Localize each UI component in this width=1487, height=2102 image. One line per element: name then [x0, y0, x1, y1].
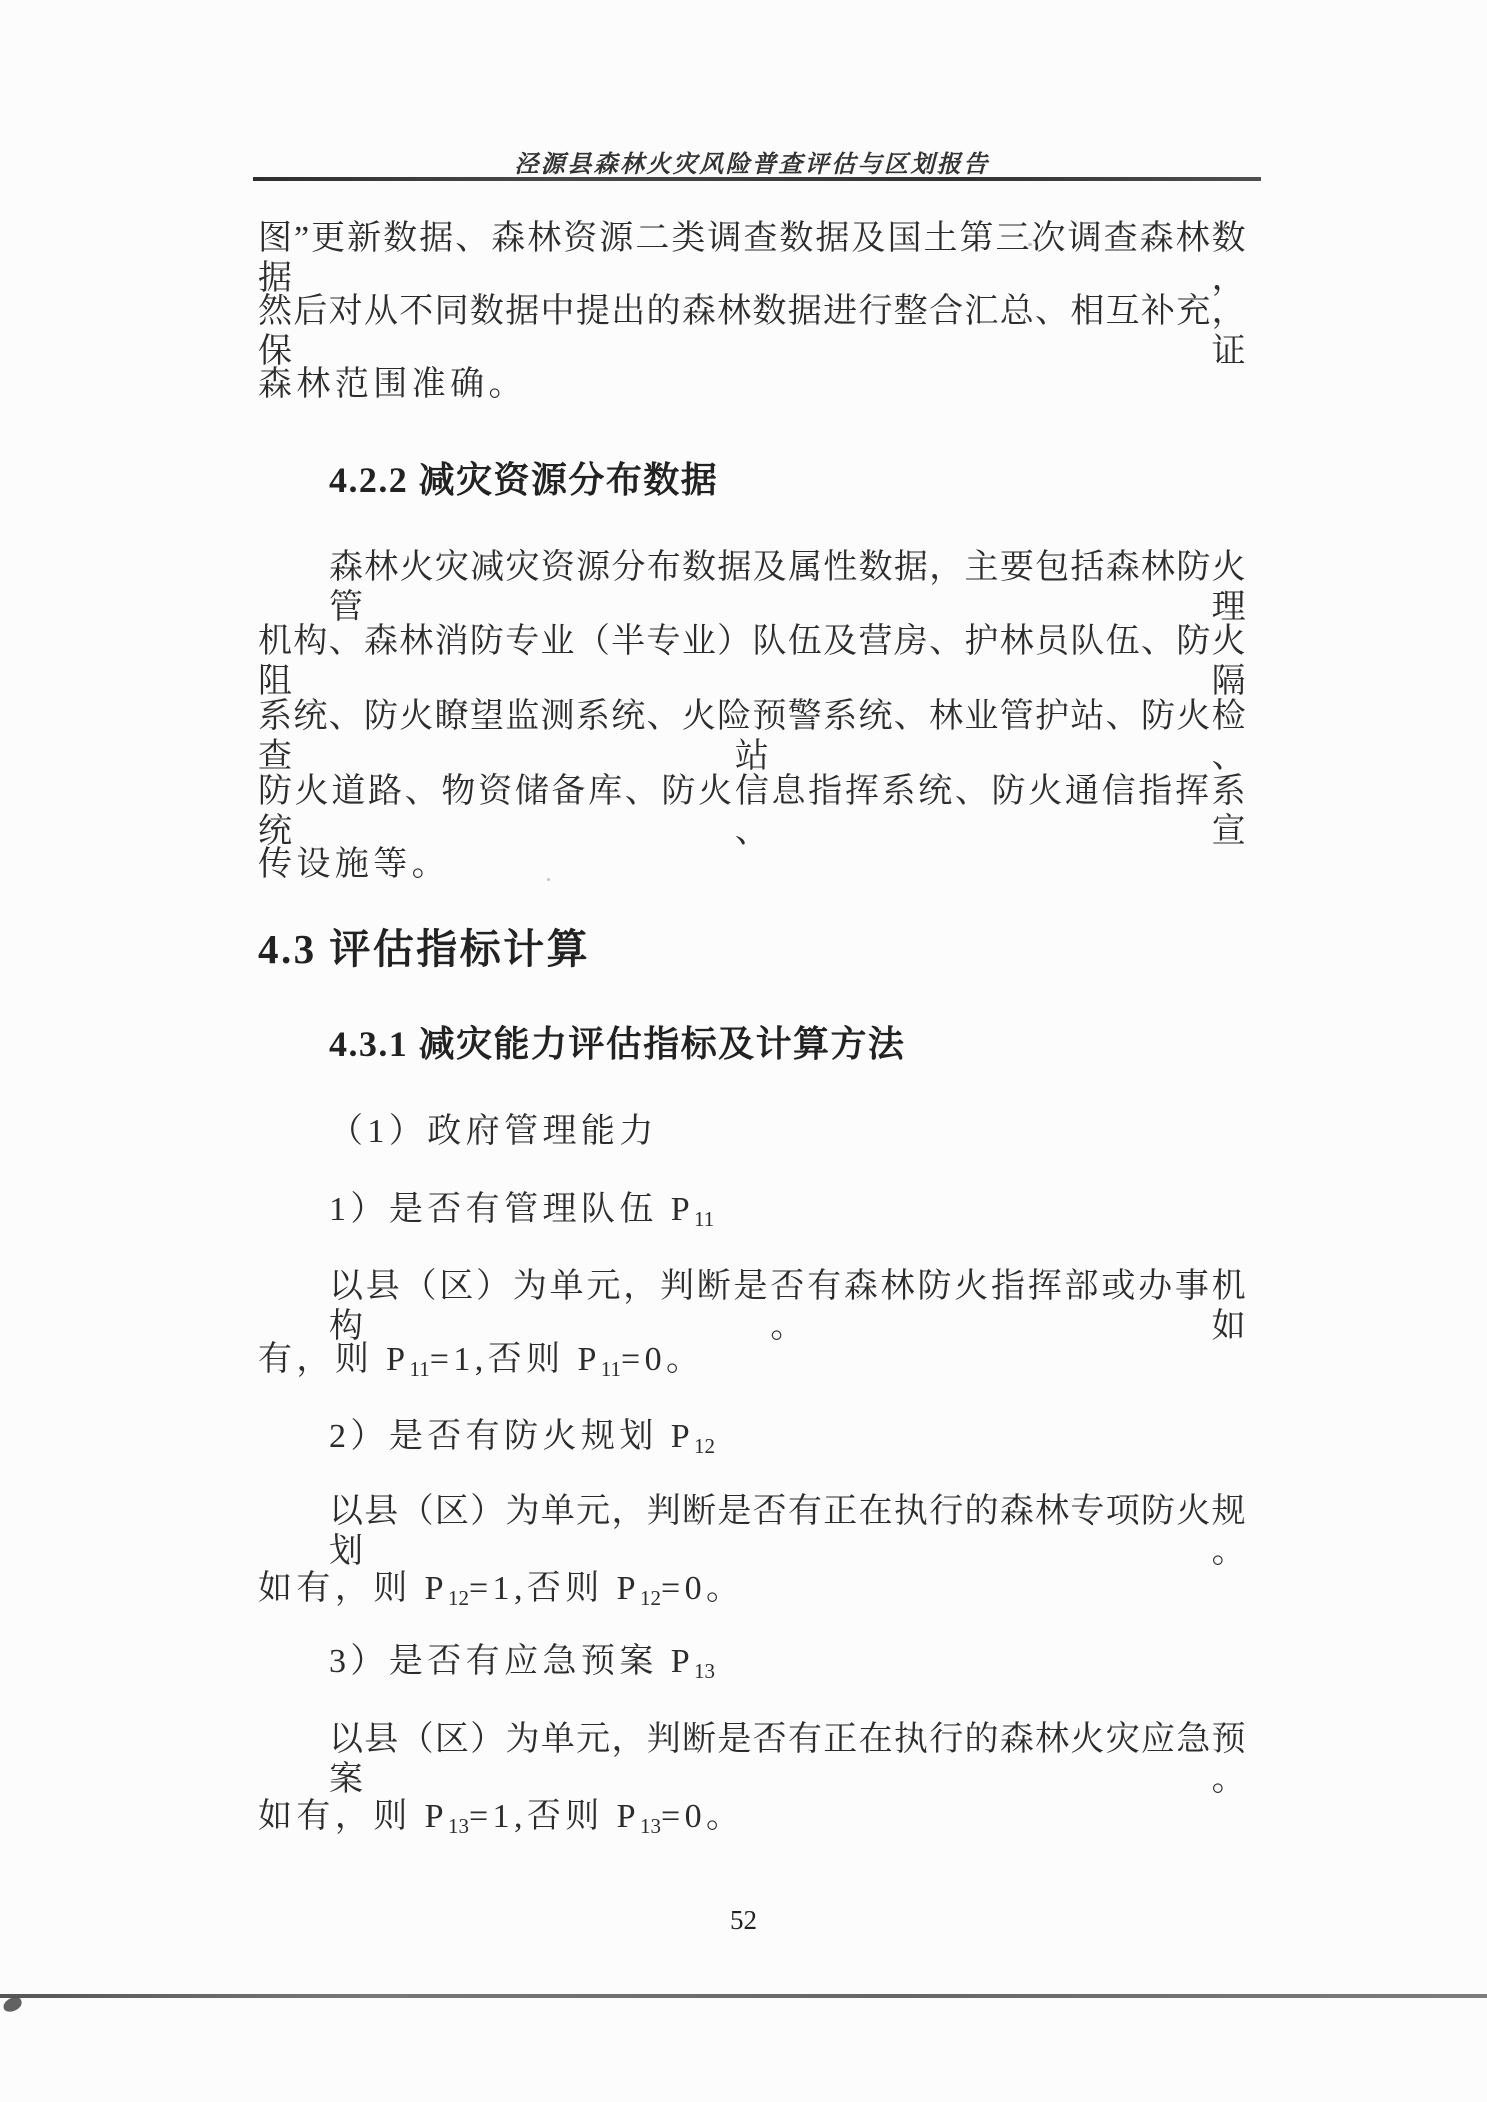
- scan-speck: [1028, 243, 1032, 246]
- para-line: 森林范围准确。: [258, 365, 527, 405]
- list-item: （1）政府管理能力: [329, 1112, 658, 1152]
- para-line: 防火道路、物资储备库、防火信息指挥系统、防火通信指挥系统、宣: [258, 772, 1246, 852]
- footer-rule: [0, 1994, 1487, 1998]
- para-line: 有，则 P11=1,否则 P11=0。: [258, 1340, 704, 1380]
- list-item: 3）是否有应急预案 P13: [329, 1642, 715, 1682]
- para-line: 系统、防火瞭望监测系统、火险预警系统、林业管护站、防火检查站、: [258, 697, 1246, 777]
- heading-4-2-2: 4.2.2 减灾资源分布数据: [329, 459, 718, 501]
- page-number: 52: [0, 1905, 1487, 1936]
- scan-artifact-mark: [1, 1995, 23, 2013]
- list-item: 1）是否有管理队伍 P11: [329, 1190, 714, 1230]
- para-line: 以县（区）为单元，判断是否有正在执行的森林火灾应急预案。: [329, 1720, 1246, 1800]
- para-line: 森林火灾减灾资源分布数据及属性数据，主要包括森林防火管理: [329, 548, 1246, 628]
- header-rule: [253, 177, 1261, 181]
- para-line: 机构、森林消防专业（半专业）队伍及营房、护林员队伍、防火阻隔: [258, 622, 1246, 702]
- page-header-title: 泾源县森林火灾风险普查评估与区划报告: [258, 144, 1246, 179]
- para-line: 如有，则 P13=1,否则 P13=0。: [258, 1797, 744, 1837]
- para-line: 以县（区）为单元，判断是否有森林防火指挥部或办事机构。如: [329, 1267, 1246, 1347]
- list-item: 2）是否有防火规划 P12: [329, 1417, 715, 1457]
- heading-4-3-1: 4.3.1 减灾能力评估指标及计算方法: [329, 1023, 905, 1065]
- scan-speck: [547, 878, 550, 881]
- document-page: 泾源县森林火灾风险普查评估与区划报告 图”更新数据、森林资源二类调查数据及国土第…: [0, 0, 1487, 2102]
- para-line: 然后对从不同数据中提出的森林数据进行整合汇总、相互补充，保证: [258, 292, 1246, 372]
- para-line: 以县（区）为单元，判断是否有正在执行的森林专项防火规划。: [329, 1492, 1246, 1572]
- para-line: 如有，则 P12=1,否则 P12=0。: [258, 1569, 744, 1609]
- para-line: 图”更新数据、森林资源二类调查数据及国土第三次调查森林数据，: [258, 219, 1246, 299]
- heading-4-3: 4.3 评估指标计算: [258, 925, 590, 973]
- para-line: 传设施等。: [258, 845, 450, 885]
